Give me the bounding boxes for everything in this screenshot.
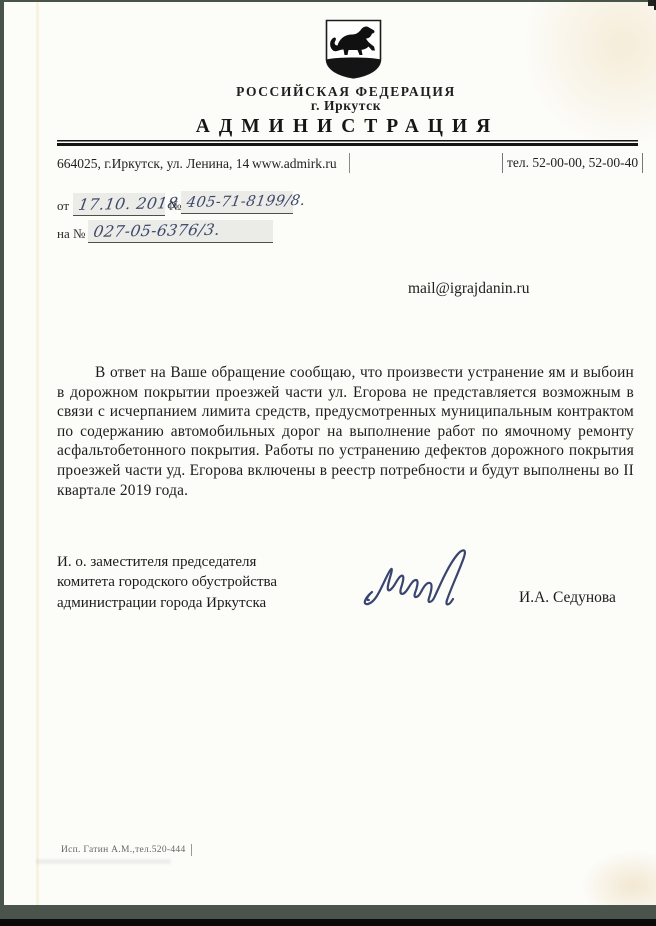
incoming-number-field: 027-05-6376/3. [88,220,273,243]
scanned-letter-page: РОССИЙСКАЯ ФЕДЕРАЦИЯ г. Иркутск АДМИНИСТ… [0,0,656,926]
signer-name: И.А. Седунова [519,589,616,607]
signer-title-line1: И. о. заместителя председателя [57,552,277,572]
irkutsk-coat-of-arms-icon [325,19,382,79]
signer-title-line2: комитета городского обустройства [57,572,277,592]
postal-address: 664025, г.Иркутск, ул. Ленина, 14 [57,156,249,172]
city-title: г. Иркутск [40,98,652,114]
phone-numbers: тел. 52-00-00, 52-00-40 [502,153,643,173]
ink-bleed-artifact [36,859,171,864]
scan-edge-bottom [0,905,656,919]
footer-mark [191,844,192,856]
handwritten-incoming-number: 027-05-6376/3. [88,220,222,242]
letterhead-rule [57,140,638,146]
paper-stain-bottom-right [580,850,656,910]
handwritten-date: 17.10. 2018 [73,193,180,215]
executor-note: Исп. Гатин А.М.,тел.520-444 [61,845,186,855]
number-label: № [169,198,181,214]
recipient-email: mail@igrajdanin.ru [408,280,529,298]
scan-edge-top [0,0,656,2]
signer-title: И. о. заместителя председателя комитета … [57,552,277,613]
website-text: www.admirk.ru [252,156,337,172]
address-separator [349,153,350,173]
scan-edge-left [0,0,4,926]
from-label: от [57,198,69,214]
date-field: 17.10. 2018 [73,193,165,216]
organization-title: АДМИНИСТРАЦИЯ [57,116,638,138]
handwritten-outgoing-number: 405-71-8199/8. [181,191,307,213]
signer-title-line3: администрации города Иркутска [57,593,277,613]
scan-edge-bottom-black [0,919,656,926]
reply-to-label: на № [57,226,85,242]
outgoing-number-field: 405-71-8199/8. [181,191,293,214]
scan-stripe-artifact [36,2,39,905]
handwritten-signature [356,540,488,612]
letter-body: В ответ на Ваше обращение сообщаю, что п… [57,363,634,500]
